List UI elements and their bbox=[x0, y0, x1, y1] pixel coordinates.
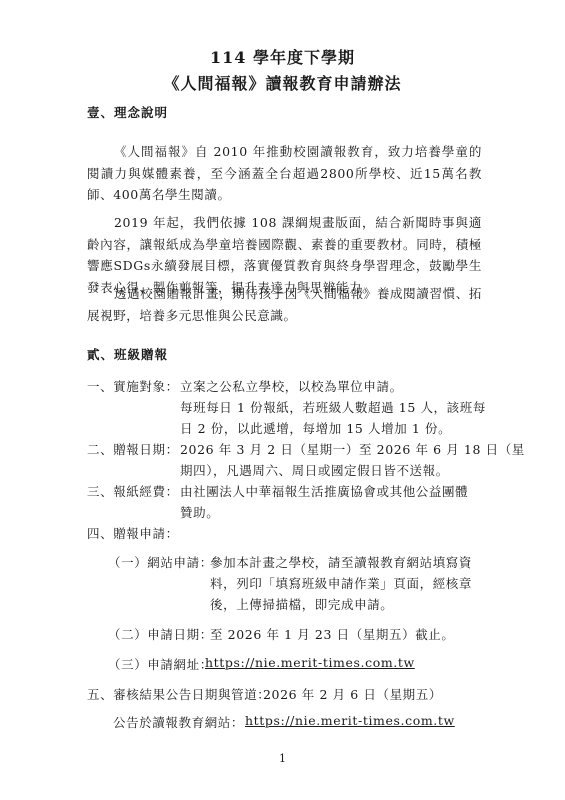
subitem1-label: （一）網站申請： bbox=[108, 553, 213, 571]
subitem3-label: （三）申請網址： bbox=[108, 655, 213, 673]
item1-line3: 日 2 份，以此遞增，每增加 15 人增加 1 份。 bbox=[180, 419, 451, 437]
subitem1-line2: 料，列印「填寫班級申請作業」頁面，經核章 bbox=[210, 574, 472, 592]
section1-paragraph-3: 透過校園贈報計畫，期待孩子因《人間福報》養成閱讀習慣、拓展視野，培養多元思惟與公… bbox=[87, 283, 482, 326]
document-page: 114 學年度下學期 《人間福報》讀報教育申請辦法 壹、理念說明 《人間福報》自… bbox=[0, 0, 565, 800]
subitem1-line1: 參加本計畫之學校，請至讀報教育網站填寫資 bbox=[210, 553, 472, 571]
document-title-line1: 114 學年度下學期 bbox=[0, 45, 565, 68]
document-title-line2: 《人間福報》讀報教育申請辦法 bbox=[0, 71, 565, 94]
section1-paragraph-1: 《人間福報》自 2010 年推動校園讀報教育，致力培養學童的閱讀力與媒體素養，至… bbox=[87, 141, 482, 206]
item5-note-label: 公告於讀報教育網站： bbox=[113, 713, 244, 731]
section1-heading: 壹、理念說明 bbox=[87, 103, 168, 121]
item2-label: 二、贈報日期： bbox=[87, 440, 179, 458]
item5-value: 2026 年 2 月 6 日（星期五） bbox=[263, 685, 442, 703]
item3-line1: 由社團法人中華福報生活推廣協會或其他公益團體 bbox=[180, 482, 468, 500]
subitem2-label: （二）申請日期： bbox=[108, 625, 213, 643]
item1-label: 一、實施對象： bbox=[87, 377, 179, 395]
subitem1-line3: 後，上傳掃描檔，即完成申請。 bbox=[210, 595, 393, 613]
announcement-url-link[interactable]: https://nie.merit-times.com.tw bbox=[245, 713, 455, 728]
item3-line2: 贊助。 bbox=[180, 503, 219, 521]
application-url-link[interactable]: https://nie.merit-times.com.tw bbox=[205, 655, 415, 670]
page-number: 1 bbox=[0, 752, 565, 765]
item4-label: 四、贈報申請： bbox=[87, 524, 179, 542]
section2-heading: 貳、班級贈報 bbox=[87, 345, 168, 363]
item5-label: 五、審核結果公告日期與管道： bbox=[87, 685, 270, 703]
item1-line1: 立案之公私立學校，以校為單位申請。 bbox=[180, 377, 403, 395]
subitem2-line1: 至 2026 年 1 月 23 日（星期五）截止。 bbox=[210, 625, 455, 643]
item3-label: 三、報紙經費： bbox=[87, 482, 179, 500]
item2-line1: 2026 年 3 月 2 日（星期一）至 2026 年 6 月 18 日（星 bbox=[180, 440, 525, 458]
item1-line2: 每班每日 1 份報紙，若班級人數超過 15 人，該班每 bbox=[180, 398, 486, 416]
item2-line2: 期四），凡遇周六、周日或國定假日皆不送報。 bbox=[180, 461, 449, 479]
